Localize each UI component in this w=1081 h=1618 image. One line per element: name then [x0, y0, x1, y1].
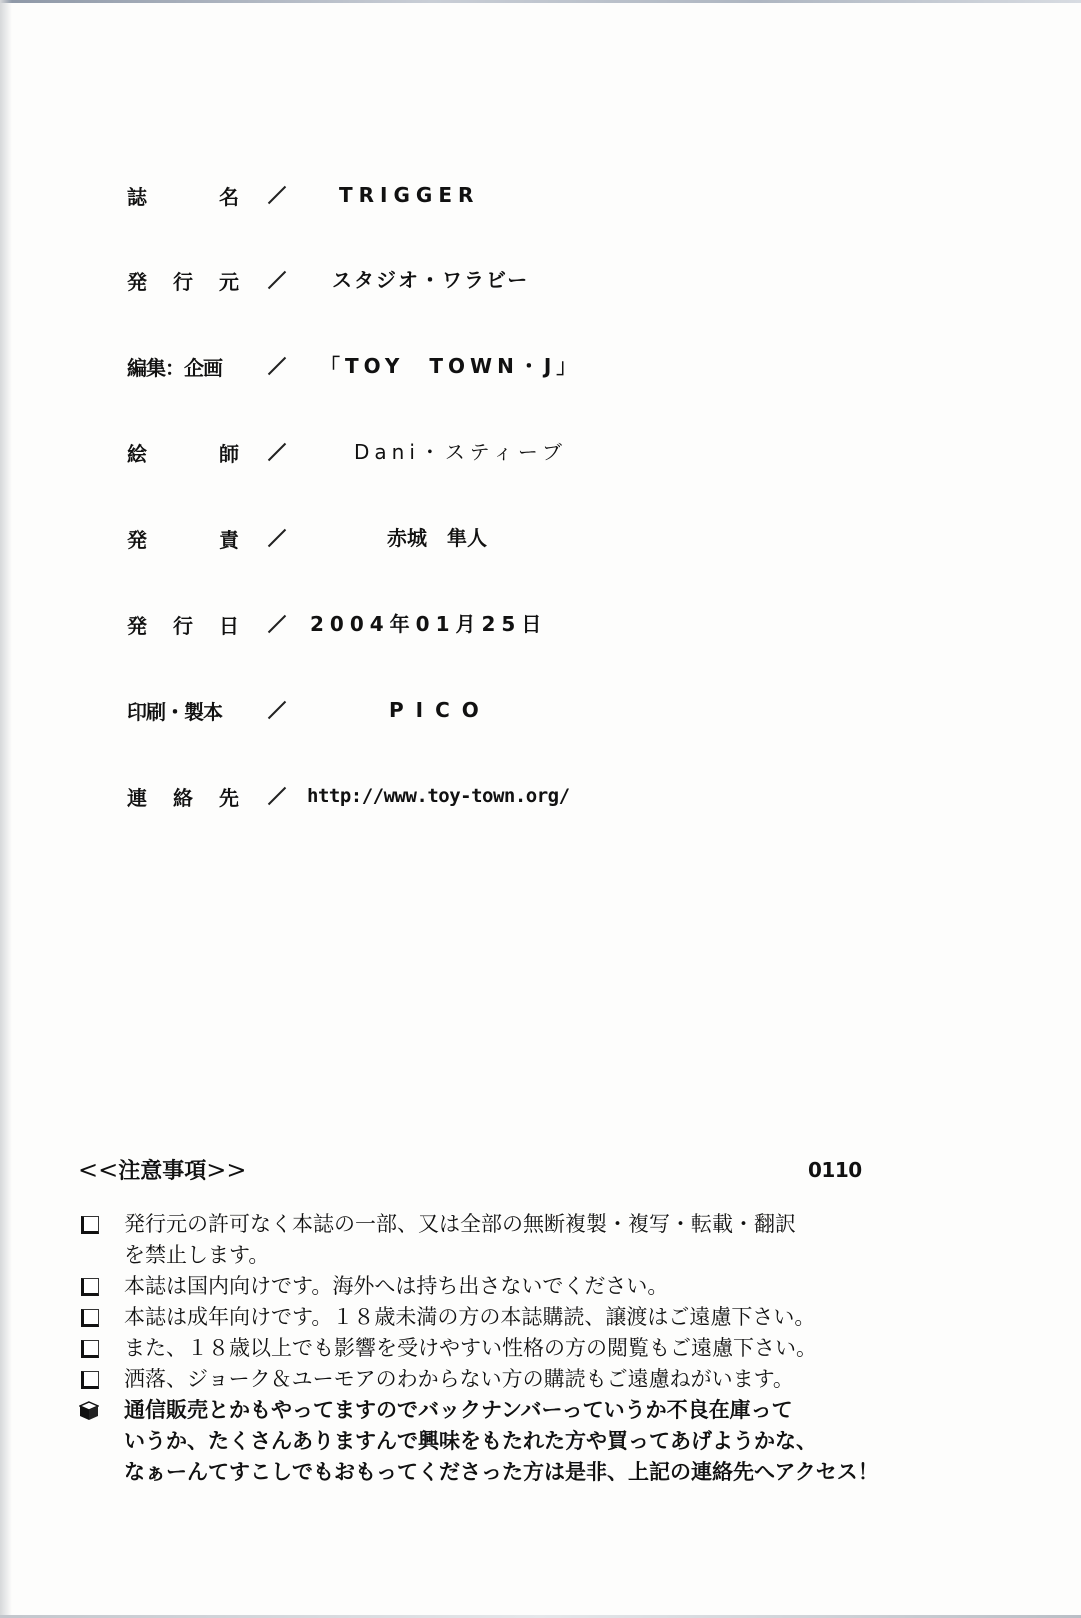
row-label: 発 責 — [127, 524, 239, 553]
notes-list: 発行元の許可なく本誌の一部、又は全部の無断複製・複写・転載・翻訳 を禁止します。… — [78, 1209, 978, 1488]
checkbox-icon — [81, 1278, 99, 1296]
colophon-row-printing: 印刷・製本 PICO — [127, 695, 239, 725]
page-edge-top — [0, 0, 1081, 3]
note-line: 通信販売とかもやってますのでバックナンバーっていうか不良在庫って — [124, 1395, 978, 1426]
note-line: 本誌は国内向けです。海外へは持ち出さないでください。 — [124, 1271, 978, 1302]
heading-text: 注意事項 — [118, 1158, 206, 1184]
note-line: また、１８歳以上でも影響を受けやすい性格の方の閲覧もご遠慮下さい。 — [124, 1333, 978, 1364]
slash-separator — [263, 267, 289, 293]
note-line: 本誌は成年向けです。１８歳未満の方の本誌購読、譲渡はご遠慮下さい。 — [124, 1302, 978, 1333]
checkbox-icon — [81, 1216, 99, 1234]
note-line: 発行元の許可なく本誌の一部、又は全部の無断複製・複写・転載・翻訳 — [124, 1209, 978, 1240]
note-item-adult: 本誌は成年向けです。１８歳未満の方の本誌購読、譲渡はご遠慮下さい。 — [78, 1302, 978, 1333]
label-char: 発 — [127, 610, 147, 639]
label-char: 発 — [127, 524, 147, 553]
label-char: 誌 — [127, 181, 147, 210]
note-item-sensitive: また、１８歳以上でも影響を受けやすい性格の方の閲覧もご遠慮下さい。 — [78, 1333, 978, 1364]
slash-separator — [263, 353, 289, 379]
label-char: 連 — [127, 782, 147, 811]
note-item-copyright: 発行元の許可なく本誌の一部、又は全部の無断複製・複写・転載・翻訳 を禁止します。 — [78, 1209, 978, 1271]
slash-separator — [263, 439, 289, 465]
page-edge-left — [0, 0, 12, 1618]
note-line: を禁止します。 — [124, 1240, 978, 1271]
colophon-row-contact: 連 絡 先 http://www.toy-town.org/ — [127, 781, 239, 811]
slash-separator — [263, 611, 289, 637]
page-code: 0110 — [808, 1158, 862, 1182]
checkbox-icon — [81, 1371, 99, 1389]
label-char: 絵 — [127, 438, 147, 467]
label-char: 発 — [127, 266, 147, 295]
box-icon — [79, 1401, 99, 1421]
row-label: 絵 師 — [127, 438, 239, 467]
publisher-value: スタジオ・ワラビー — [332, 265, 529, 295]
note-line: なぁーんてすこしでもおもってくださった方は是非、上記の連絡先へアクセス！ — [124, 1457, 978, 1488]
magazine-title-value: TRIGGER — [339, 180, 479, 210]
label-char: 絡 — [173, 782, 193, 811]
notes-heading: <<注意事項>> — [78, 1154, 246, 1185]
colophon-row-artist: 絵 師 Dani・スティーブ — [127, 437, 239, 467]
label-char: 行 — [173, 266, 193, 295]
note-line: 洒落、ジョーク＆ユーモアのわからない方の購読もご遠慮ねがいます。 — [124, 1364, 978, 1395]
heading-open-brackets: << — [78, 1156, 118, 1184]
note-item-humor: 洒落、ジョーク＆ユーモアのわからない方の購読もご遠慮ねがいます。 — [78, 1364, 978, 1395]
colophon-row-responsible: 発 責 赤城 隼人 — [127, 523, 239, 553]
checkbox-icon — [81, 1309, 99, 1327]
row-label: 発 行 日 — [127, 610, 239, 639]
label-char: 名 — [219, 181, 239, 210]
row-label: 印刷・製本 — [127, 696, 239, 725]
row-label: 連 絡 先 — [127, 782, 239, 811]
row-label: 編集：企画 — [127, 352, 239, 381]
note-item-mail-order: 通信販売とかもやってますのでバックナンバーっていうか不良在庫って いうか、たくさ… — [78, 1395, 978, 1488]
label-char: 編集：企画 — [127, 352, 222, 381]
colophon-row-date: 発 行 日 2004年01月25日 — [127, 609, 239, 639]
responsible-value: 赤城 隼人 — [387, 523, 487, 553]
slash-separator — [263, 525, 289, 551]
editing-value: 「TOY TOWN・J」 — [320, 351, 581, 381]
label-char: 責 — [219, 524, 239, 553]
contact-url-link[interactable]: http://www.toy-town.org/ — [307, 781, 570, 811]
publish-date-value: 2004年01月25日 — [310, 609, 547, 639]
colophon-row-title: 誌 名 TRIGGER — [127, 180, 239, 210]
label-char: 印刷・製本 — [127, 696, 222, 725]
row-label: 誌 名 — [127, 181, 239, 210]
note-line: いうか、たくさんありますんで興味をもたれた方や買ってあげようかな、 — [124, 1426, 978, 1457]
slash-separator — [263, 697, 289, 723]
slash-separator — [263, 182, 289, 208]
colophon-row-publisher: 発 行 元 スタジオ・ワラビー — [127, 265, 239, 295]
colophon-row-editing: 編集：企画 「TOY TOWN・J」 — [127, 351, 239, 381]
label-char: 日 — [219, 610, 239, 639]
label-char: 行 — [173, 610, 193, 639]
heading-close-brackets: >> — [206, 1156, 246, 1184]
checkbox-icon — [81, 1340, 99, 1358]
slash-separator — [263, 783, 289, 809]
label-char: 師 — [219, 438, 239, 467]
printing-value: PICO — [389, 695, 491, 725]
label-char: 元 — [219, 266, 239, 295]
label-char: 先 — [219, 782, 239, 811]
artist-value: Dani・スティーブ — [354, 437, 567, 467]
note-item-domestic: 本誌は国内向けです。海外へは持ち出さないでください。 — [78, 1271, 978, 1302]
row-label: 発 行 元 — [127, 266, 239, 295]
